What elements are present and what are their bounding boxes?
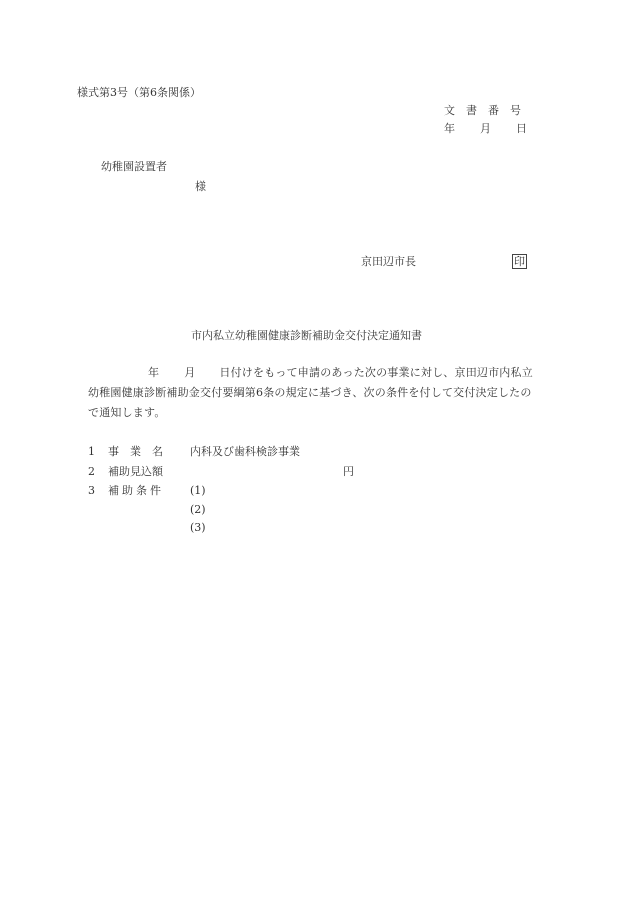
date-label: 年月日 — [444, 122, 527, 136]
condition-1: (1) — [190, 484, 206, 498]
condition-3: (3) — [190, 521, 206, 535]
seal-mark: 印 — [512, 254, 527, 269]
addressee-title: 幼稚園設置者 — [101, 160, 167, 174]
body-line-1-text: 日付けをもって申請のあった次の事業に対し、京田辺市内私立 — [219, 366, 533, 379]
document-title: 市内私立幼稚園健康診断補助金交付決定通知書 — [191, 329, 422, 343]
body-line-2: 幼稚園健康診断補助金交付要綱第6条の規定に基づき、次の条件を付して交付決定したの — [88, 386, 558, 400]
yen-unit: 円 — [343, 465, 354, 479]
form-number: 様式第3号（第6条関係） — [77, 86, 201, 100]
addressee-honorific: 様 — [195, 180, 206, 194]
body-line-1: 年月日付けをもって申請のあった次の事業に対し、京田辺市内私立 — [77, 366, 547, 380]
sender-name: 京田辺市長 — [361, 255, 416, 269]
body-line-3: で通知します。 — [88, 406, 558, 420]
condition-2: (2) — [190, 503, 206, 517]
item-label: 事業名 — [108, 445, 163, 459]
item-label: 補助条件 — [108, 484, 161, 498]
item-value: 内科及び歯科検診事業 — [190, 445, 300, 459]
document-number-label: 文書番号 — [444, 104, 521, 118]
body-month: 月 — [184, 366, 195, 379]
body-year: 年 — [148, 366, 159, 379]
item-label: 補助見込額 — [108, 465, 163, 479]
seal-icon: 印 — [512, 254, 527, 269]
